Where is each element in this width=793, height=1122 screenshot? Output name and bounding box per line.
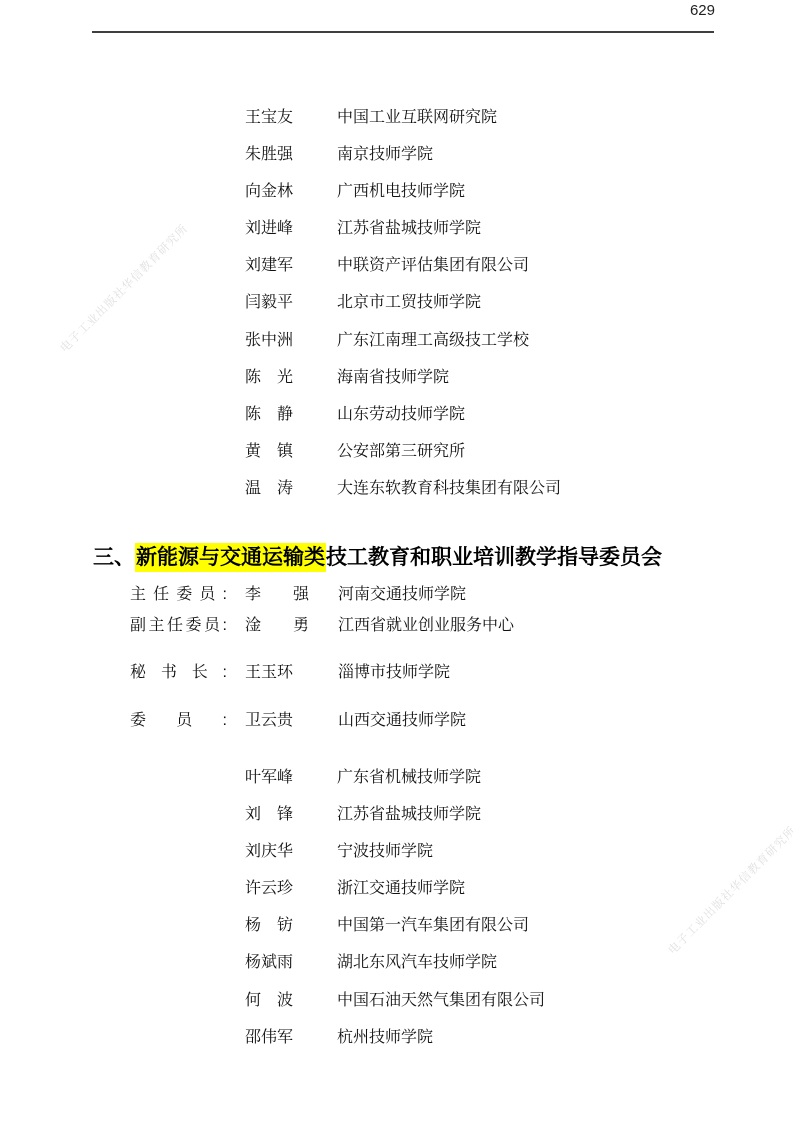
officer-org: 淄博市技师学院 xyxy=(338,664,450,681)
member-row: 杨 钫中国第一汽车集团有限公司 xyxy=(245,917,545,954)
officer-row-secretary: 秘书长:王玉环淄博市技师学院 xyxy=(130,664,450,682)
member-row: 向金林广西机电技师学院 xyxy=(245,183,561,220)
member-org: 山东劳动技师学院 xyxy=(337,406,465,423)
watermark-mid-right: 电子工业出版社华信教育研究所 xyxy=(664,823,793,958)
header-rule xyxy=(92,31,714,33)
member-name: 朱胜强 xyxy=(245,146,293,164)
member-name: 陈 光 xyxy=(245,369,293,387)
member-name: 刘 锋 xyxy=(245,806,293,824)
member-row: 黄 镇公安部第三研究所 xyxy=(245,443,561,480)
member-row: 叶军峰广东省机械技师学院 xyxy=(245,769,545,806)
member-name: 闫毅平 xyxy=(245,294,293,312)
member-name: 刘庆华 xyxy=(245,843,293,861)
member-row: 张中洲广东江南理工高级技工学校 xyxy=(245,332,561,369)
member-name: 刘建军 xyxy=(245,257,293,275)
member-org: 中联资产评估集团有限公司 xyxy=(337,257,529,274)
member-org: 广东江南理工高级技工学校 xyxy=(337,332,529,349)
prev-committee-member-list: 王宝友中国工业互联网研究院 朱胜强南京技师学院 向金林广西机电技师学院 刘进峰江… xyxy=(245,109,561,517)
member-org: 浙江交通技师学院 xyxy=(337,880,465,897)
member-org: 中国工业互联网研究院 xyxy=(337,109,497,126)
officer-org: 河南交通技师学院 xyxy=(338,586,466,603)
officer-row-member: 委员:卫云贵山西交通技师学院 xyxy=(130,712,466,730)
officer-row-chair: 主任委员:李 强河南交通技师学院 xyxy=(130,586,466,604)
member-row: 刘建军中联资产评估集团有限公司 xyxy=(245,257,561,294)
officer-org: 山西交通技师学院 xyxy=(338,712,466,729)
officer-name: 王玉环 xyxy=(245,664,309,682)
section-title-highlight: 新能源与交通运输类 xyxy=(135,543,326,572)
member-name: 王宝友 xyxy=(245,109,293,127)
member-org: 中国石油天然气集团有限公司 xyxy=(337,992,545,1009)
member-name: 陈 静 xyxy=(245,406,293,424)
section-index: 三、 xyxy=(93,546,135,569)
member-name: 叶军峰 xyxy=(245,769,293,787)
officer-org: 江西省就业创业服务中心 xyxy=(338,617,514,634)
member-row: 杨斌雨湖北东风汽车技师学院 xyxy=(245,954,545,991)
member-row: 刘庆华宁波技师学院 xyxy=(245,843,545,880)
member-name: 向金林 xyxy=(245,183,293,201)
committee-member-list: 叶军峰广东省机械技师学院 刘 锋江苏省盐城技师学院 刘庆华宁波技师学院 许云珍浙… xyxy=(245,769,545,1066)
member-row: 何 波中国石油天然气集团有限公司 xyxy=(245,992,545,1029)
member-row: 闫毅平北京市工贸技师学院 xyxy=(245,294,561,331)
member-name: 何 波 xyxy=(245,992,293,1010)
officer-role: 副主任委员: xyxy=(130,617,227,635)
member-name: 温 涛 xyxy=(245,480,293,498)
member-org: 中国第一汽车集团有限公司 xyxy=(337,917,529,934)
member-name: 杨斌雨 xyxy=(245,954,293,972)
page-number: 629 xyxy=(690,2,715,19)
member-row: 刘 锋江苏省盐城技师学院 xyxy=(245,806,545,843)
officer-role: 委员: xyxy=(130,712,227,730)
member-org: 湖北东风汽车技师学院 xyxy=(337,954,497,971)
document-page: 629 电子工业出版社华信教育研究所 电子工业出版社华信教育研究所 王宝友中国工… xyxy=(0,0,793,1122)
member-org: 大连东软教育科技集团有限公司 xyxy=(337,480,561,497)
officer-row-vice-chair: 副主任委员:淦 勇江西省就业创业服务中心 xyxy=(130,617,514,635)
member-name: 许云珍 xyxy=(245,880,293,898)
member-row: 陈 光海南省技师学院 xyxy=(245,369,561,406)
member-org: 江苏省盐城技师学院 xyxy=(337,806,481,823)
member-row: 陈 静山东劳动技师学院 xyxy=(245,406,561,443)
member-row: 朱胜强南京技师学院 xyxy=(245,146,561,183)
member-name: 刘进峰 xyxy=(245,220,293,238)
member-org: 广西机电技师学院 xyxy=(337,183,465,200)
officer-role: 秘书长: xyxy=(130,664,227,682)
member-row: 温 涛大连东软教育科技集团有限公司 xyxy=(245,480,561,517)
member-org: 宁波技师学院 xyxy=(337,843,433,860)
member-org: 杭州技师学院 xyxy=(337,1029,433,1046)
member-name: 邵伟军 xyxy=(245,1029,293,1047)
member-org: 海南省技师学院 xyxy=(337,369,449,386)
member-name: 杨 钫 xyxy=(245,917,293,935)
member-name: 黄 镇 xyxy=(245,443,293,461)
officer-role: 主任委员: xyxy=(130,586,227,604)
member-org: 广东省机械技师学院 xyxy=(337,769,481,786)
section-heading: 三、新能源与交通运输类技工教育和职业培训教学指导委员会 xyxy=(93,544,662,572)
member-row: 王宝友中国工业互联网研究院 xyxy=(245,109,561,146)
member-row: 刘进峰江苏省盐城技师学院 xyxy=(245,220,561,257)
member-org: 南京技师学院 xyxy=(337,146,433,163)
member-name: 张中洲 xyxy=(245,332,293,350)
member-org: 公安部第三研究所 xyxy=(337,443,465,460)
member-org: 江苏省盐城技师学院 xyxy=(337,220,481,237)
member-row: 许云珍浙江交通技师学院 xyxy=(245,880,545,917)
section-title-rest: 技工教育和职业培训教学指导委员会 xyxy=(326,546,662,569)
officer-name: 卫云贵 xyxy=(245,712,309,730)
officer-name: 淦 勇 xyxy=(245,617,309,635)
member-row: 邵伟军杭州技师学院 xyxy=(245,1029,545,1066)
officer-name: 李 强 xyxy=(245,586,309,604)
watermark-top-left: 电子工业出版社华信教育研究所 xyxy=(56,221,191,356)
member-org: 北京市工贸技师学院 xyxy=(337,294,481,311)
